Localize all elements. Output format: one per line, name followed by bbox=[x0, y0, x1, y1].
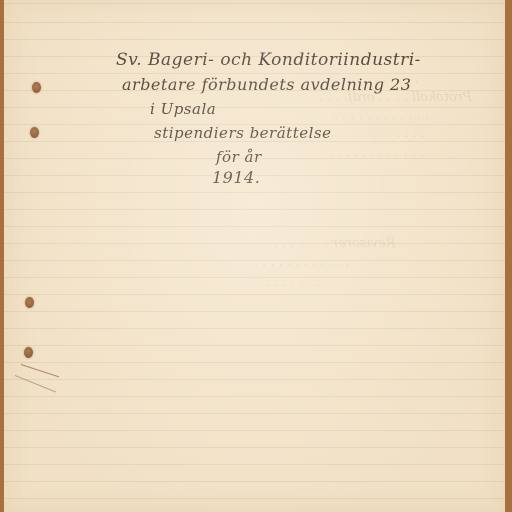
bleed-through-text: . . . . . . . . . . . . bbox=[329, 145, 424, 160]
title-line-report: stipendiers berättelse bbox=[154, 124, 331, 142]
bleed-through-text: . . . . . . . . . . . . . bbox=[322, 126, 425, 141]
punch-hole bbox=[25, 297, 34, 308]
pencil-mark bbox=[21, 364, 59, 377]
ruled-paper-sheet: . . . . . . . . . . . Protokoll . . . . … bbox=[4, 0, 505, 512]
punch-hole bbox=[30, 127, 39, 138]
title-line-section: arbetare förbundets avdelning 23 bbox=[122, 75, 411, 94]
bleed-through-text: . . . . . . . . . . . . bbox=[334, 108, 429, 123]
scanned-page: . . . . . . . . . . . Protokoll . . . . … bbox=[0, 0, 512, 512]
title-line-year: 1914. bbox=[212, 168, 260, 187]
title-line-city: i Upsala bbox=[150, 100, 216, 118]
bleed-through-text: . . . . . . . bbox=[266, 275, 320, 290]
bleed-through-text: . . . . . . . . . . . . bbox=[254, 255, 349, 270]
punch-hole bbox=[24, 347, 33, 358]
title-line-union-name: Sv. Bageri- och Konditoriindustri- bbox=[116, 50, 421, 70]
bleed-through-text: Revisorer . . . . . . . bbox=[274, 236, 395, 251]
punch-hole bbox=[32, 82, 41, 93]
pencil-mark bbox=[15, 375, 56, 392]
title-line-for-year: för år bbox=[216, 148, 262, 166]
